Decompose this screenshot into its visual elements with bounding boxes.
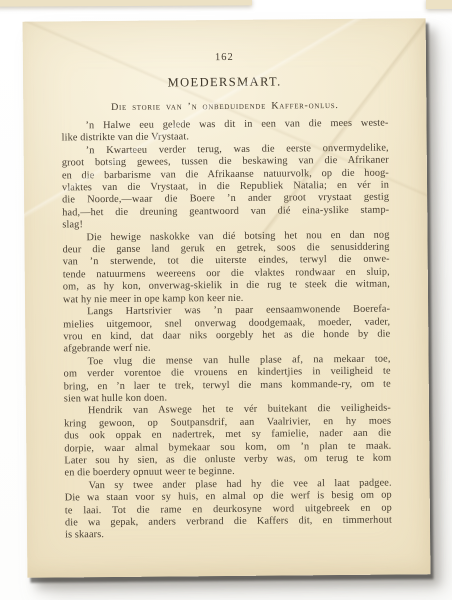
book-page: 162 MOEDERSMART. Die storie van ’n onbed… — [23, 18, 431, 577]
text-line: is skaars. — [65, 527, 392, 542]
chapter-subtitle: Die storie van ’n onbeduidende Kaffer-on… — [23, 99, 426, 114]
page-number: 162 — [23, 50, 426, 65]
chapter-title: MOEDERSMART. — [23, 73, 426, 92]
scan-background: 162 MOEDERSMART. Die storie van ’n onbed… — [0, 0, 452, 600]
adjacent-page-edge-left — [0, 0, 252, 7]
adjacent-page-edge-right — [426, 0, 452, 9]
body-text: ’n Halwe eeu gelede was dit in een van d… — [23, 117, 430, 542]
